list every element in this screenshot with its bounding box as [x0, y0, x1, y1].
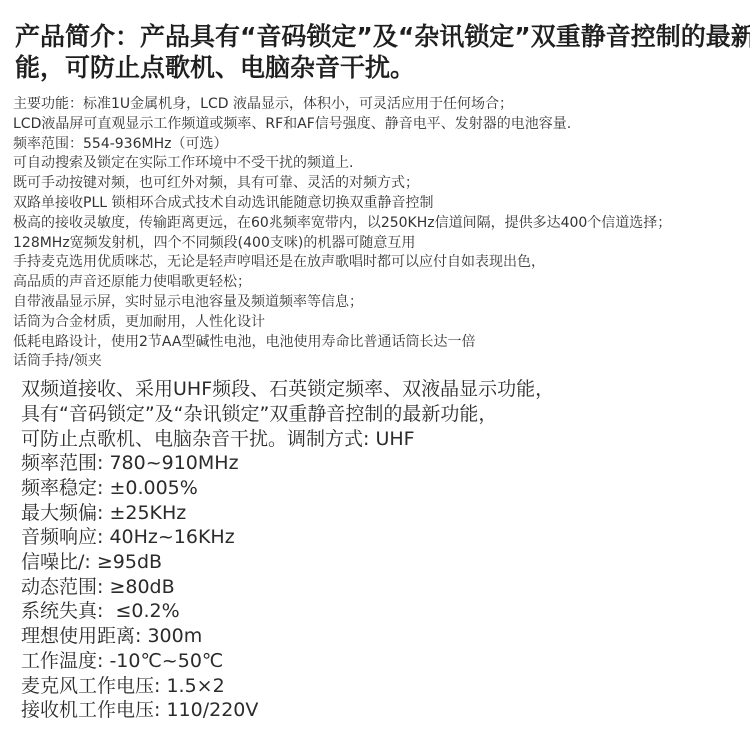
spec-line: 动态范围: ≥80dB: [21, 575, 750, 600]
spec-line: 频率稳定: ±0.005%: [21, 476, 750, 501]
spec-line: 音频响应: 40Hz~16KHz: [21, 525, 750, 550]
intro-heading-line: 能，可防止点歌机、电脑杂音干扰。: [15, 52, 750, 83]
intro-heading-line: 产品简介：产品具有“音码锁定”及“杂讯锁定”双重静音控制的最新功: [15, 21, 750, 52]
feature-list: 主要功能：标准1U金属机身，LCD 液晶显示，体积小，可灵活应用于任何场合；LC…: [13, 95, 750, 372]
spec-line: 接收机工作电压: 110/220V: [21, 698, 750, 723]
product-description-page: 产品简介：产品具有“音码锁定”及“杂讯锁定”双重静音控制的最新功能，可防止点歌机…: [0, 0, 750, 750]
feature-line: 手持麦克选用优质咪芯，无论是轻声哼唱还是在放声歌唱时都可以应付自如表现出色，: [13, 253, 750, 273]
product-intro-heading: 产品简介：产品具有“音码锁定”及“杂讯锁定”双重静音控制的最新功能，可防止点歌机…: [15, 21, 750, 83]
feature-line: 自带液晶显示屏，实时显示电池容量及频道频率等信息；: [13, 293, 750, 313]
feature-line: 可自动搜索及锁定在实际工作环境中不受干扰的频道上.: [13, 154, 750, 174]
feature-line: 话筒为合金材质，更加耐用，人性化设计: [13, 313, 750, 333]
feature-line: 高品质的声音还原能力使唱歌更轻松；: [13, 273, 750, 293]
spec-list: 双频道接收、采用UHF频段、石英锁定频率、双液晶显示功能，具有“音码锁定”及“杂…: [21, 377, 750, 723]
feature-line: 话筒手持/领夹: [13, 352, 750, 372]
spec-line: 系统失真: ≤0.2%: [21, 599, 750, 624]
feature-line: 128MHz宽频发射机，四个不同频段(400支咪)的机器可随意互用: [13, 234, 750, 254]
feature-line: 既可手动按键对频，也可红外对频，具有可靠、灵活的对频方式；: [13, 174, 750, 194]
spec-line: 可防止点歌机、电脑杂音干扰。调制方式: UHF: [21, 427, 750, 452]
spec-line: 理想使用距离: 300m: [21, 624, 750, 649]
feature-line: 双路单接收PLL 锁相环合成式技术自动选讯能随意切换双重静音控制: [13, 194, 750, 214]
spec-line: 工作温度: -10℃~50℃: [21, 649, 750, 674]
feature-line: 低耗电路设计，使用2节AA型碱性电池，电池使用寿命比普通话筒长达一倍: [13, 333, 750, 353]
spec-line: 信噪比/: ≥95dB: [21, 550, 750, 575]
feature-line: 频率范围：554-936MHz（可选）: [13, 135, 750, 155]
feature-line: 主要功能：标准1U金属机身，LCD 液晶显示，体积小，可灵活应用于任何场合；: [13, 95, 750, 115]
spec-line: 具有“音码锁定”及“杂讯锁定”双重静音控制的最新功能，: [21, 402, 750, 427]
spec-line: 双频道接收、采用UHF频段、石英锁定频率、双液晶显示功能，: [21, 377, 750, 402]
spec-line: 频率范围: 780~910MHz: [21, 451, 750, 476]
feature-line: LCD液晶屏可直观显示工作频道或频率、RF和AF信号强度、静音电平、发射器的电池…: [13, 115, 750, 135]
spec-line: 最大频偏: ±25KHz: [21, 501, 750, 526]
spec-line: 麦克风工作电压: 1.5×2: [21, 674, 750, 699]
feature-line: 极高的接收灵敏度，传输距离更远，在60兆频率宽带内，以250KHz信道间隔，提供…: [13, 214, 750, 234]
